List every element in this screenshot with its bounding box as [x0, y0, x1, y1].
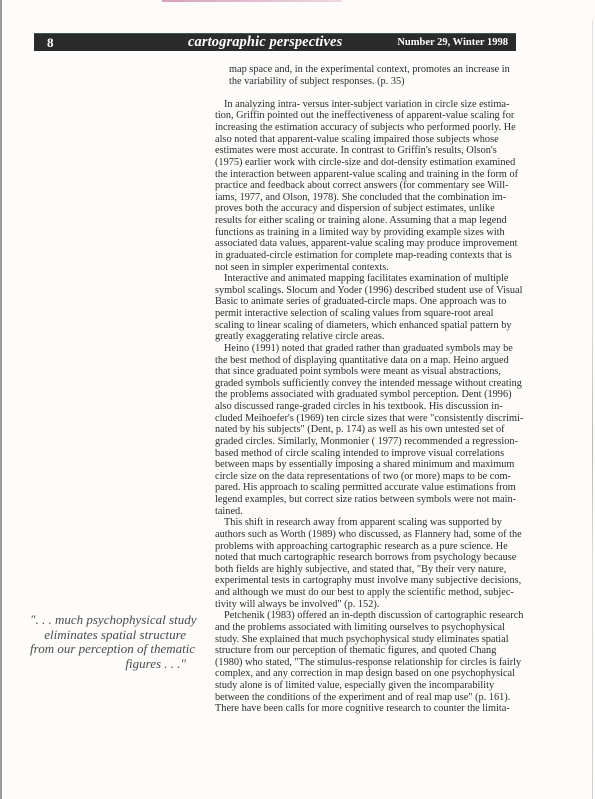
pull-quote-line: from our perception of thematic	[30, 642, 186, 657]
text-line: Petchenik (1983) offered an in-depth dis…	[215, 610, 533, 622]
text-line: nated by his subjects" (Dent, p. 174) as…	[215, 424, 533, 436]
text-line: map space and, in the experimental conte…	[229, 64, 533, 76]
paragraph: Heino (1991) noted that graded rather th…	[215, 343, 533, 517]
text-line: results for either scaling or training a…	[215, 215, 533, 227]
scan-artifact	[162, 0, 342, 2]
text-line: experimental tests in cartography must i…	[215, 575, 533, 587]
main-text-column: map space and, in the experimental conte…	[215, 64, 533, 715]
text-line: Heino (1991) noted that graded rather th…	[215, 343, 533, 355]
spacer	[215, 87, 533, 99]
text-line: and although we must do our best to appl…	[215, 587, 533, 599]
text-line: pared. His approach to scaling permitted…	[215, 482, 533, 494]
text-line: (1980) who stated, "The stimulus-respons…	[215, 657, 533, 669]
text-line: legend examples, but correct size ratios…	[215, 494, 533, 506]
text-line: between maps by essentially imposing a s…	[215, 459, 533, 471]
text-line: scaling to linear scaling of diameters, …	[215, 320, 533, 332]
text-line: study alone is of limited value, especia…	[215, 680, 533, 692]
text-line: iams, 1977, and Olson, 1978). She conclu…	[215, 192, 533, 204]
text-line: cluded Meihoefer's (1969) ten circle siz…	[215, 413, 533, 425]
text-line: Basic to animate series of graduated-cir…	[215, 296, 533, 308]
text-line: the problems associated with graduated s…	[215, 389, 533, 401]
text-line: Interactive and animated mapping facilit…	[215, 273, 533, 285]
block-quote-continuation: map space and, in the experimental conte…	[215, 64, 533, 87]
text-line: proves both the accuracy and dispersion …	[215, 203, 533, 215]
text-line: authors such as Worth (1989) who discuss…	[215, 529, 533, 541]
text-line: based method of circle scaling intended …	[215, 448, 533, 460]
text-line: in graduated-circle estimation for compl…	[215, 250, 533, 262]
text-line: graded circles. Similarly, Monmonier ( 1…	[215, 436, 533, 448]
pull-quote-line: ". . . much psychophysical study	[30, 613, 186, 628]
text-line: permit interactive selection of scaling …	[215, 308, 533, 320]
issue-label: Number 29, Winter 1998	[397, 35, 508, 51]
page-right-edge	[592, 20, 593, 799]
text-line: and the problems associated with limitin…	[215, 622, 533, 634]
text-line: also noted that apparent-value scaling i…	[215, 134, 533, 146]
text-line: the variability of subject responses. (p…	[229, 76, 533, 88]
paragraph: In analyzing intra- versus inter-subject…	[215, 99, 533, 273]
pull-quote: ". . . much psychophysical study elimina…	[30, 613, 186, 671]
text-line: between the conditions of the experiment…	[215, 692, 533, 704]
text-line: structure from our perception of themati…	[215, 645, 533, 657]
text-line: symbol scalings. Slocum and Yoder (1996)…	[215, 285, 533, 297]
text-line: tained.	[215, 506, 533, 518]
text-line: circle size on the data representations …	[215, 471, 533, 483]
text-line: the interaction between apparent-value s…	[215, 169, 533, 181]
pull-quote-line: eliminates spatial structure	[30, 628, 186, 643]
text-line: tivity will always be involved" (p. 152)…	[215, 599, 533, 611]
pull-quote-line: figures . . ."	[30, 657, 186, 672]
paragraph: Interactive and animated mapping facilit…	[215, 273, 533, 343]
text-line: functions as training in a limited way b…	[215, 227, 533, 239]
paragraph: This shift in research away from apparen…	[215, 517, 533, 610]
text-line: estimates were most accurate. In contras…	[215, 145, 533, 157]
text-line: complex, and any correction in map desig…	[215, 668, 533, 680]
text-line: tion, Griffin pointed out the ineffectiv…	[215, 110, 533, 122]
text-line: practice and feedback about correct answ…	[215, 180, 533, 192]
text-line: (1975) earlier work with circle-size and…	[215, 157, 533, 169]
page-left-edge	[0, 0, 2, 799]
text-line: problems with approaching cartographic r…	[215, 541, 533, 553]
text-line: This shift in research away from apparen…	[215, 517, 533, 529]
text-line: also discussed range-graded circles in h…	[215, 401, 533, 413]
text-line: In analyzing intra- versus inter-subject…	[215, 99, 533, 111]
text-line: that since graduated point symbols were …	[215, 366, 533, 378]
text-line: not seen in simpler experimental context…	[215, 262, 533, 274]
running-header: 8 cartographic perspectives Number 29, W…	[34, 33, 516, 51]
text-line: study. She explained that much psychophy…	[215, 634, 533, 646]
page-number: 8	[47, 35, 54, 51]
text-line: graded symbols sufficiently convey the i…	[215, 378, 533, 390]
text-line: noted that much cartographic research bo…	[215, 552, 533, 564]
text-line: the best method of displaying quantitati…	[215, 355, 533, 367]
journal-title: cartographic perspectives	[188, 34, 342, 50]
text-line: increasing the estimation accuracy of su…	[215, 122, 533, 134]
paragraph: Petchenik (1983) offered an in-depth dis…	[215, 610, 533, 715]
text-line: greatly exaggerating relative circle are…	[215, 331, 533, 343]
text-line: both fields are highly subjective, and s…	[215, 564, 533, 576]
text-line: associated data values, apparent-value s…	[215, 238, 533, 250]
text-line: There have been calls for more cognitive…	[215, 703, 533, 715]
